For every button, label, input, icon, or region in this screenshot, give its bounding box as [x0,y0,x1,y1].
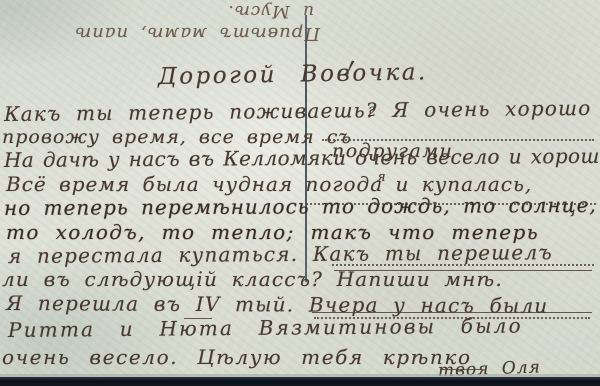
upside-down-note-line1: Привѣтъ мамѣ, папѣ [28,22,328,44]
postcard-photo: Привѣтъ мамѣ, папѣ и Мусѣ. Дорогой Вовоч… [0,0,600,386]
body-line: провожу время, все время съ [2,126,352,148]
solid-underline [334,270,592,271]
body-line: но теперь перемѣнилось то дождь, то солн… [4,194,597,219]
body-line: очень весело. Цѣлую тебя крѣпко [2,346,472,368]
dotted-underline [322,139,594,141]
dotted-underline [306,203,596,205]
salutation: Дорогой Вовочка. [158,61,428,88]
body-line: то холодъ, то тепло; такъ что теперь [6,221,539,243]
body-line: Какъ ты теперь поживаешь? Я очень хорошо [4,97,592,125]
roman-numeral-underline [184,318,212,319]
upside-down-note-line2: и Мусѣ. [28,0,328,22]
photo-edge [0,377,600,386]
body-line: Всё время была чудная погода и купалась, [6,173,532,195]
dotted-underline [332,264,594,266]
dotted-underline [314,317,590,319]
solid-underline [312,312,592,313]
body-line: ли въ слѣдующій классъ? Напиши мнѣ. [2,268,503,290]
upside-down-note: Привѣтъ мамѣ, папѣ и Мусѣ. [28,0,328,44]
body-line: На дачѣ у насъ въ Келломяки очень весело… [4,145,600,171]
signature-strike-line [440,369,482,370]
